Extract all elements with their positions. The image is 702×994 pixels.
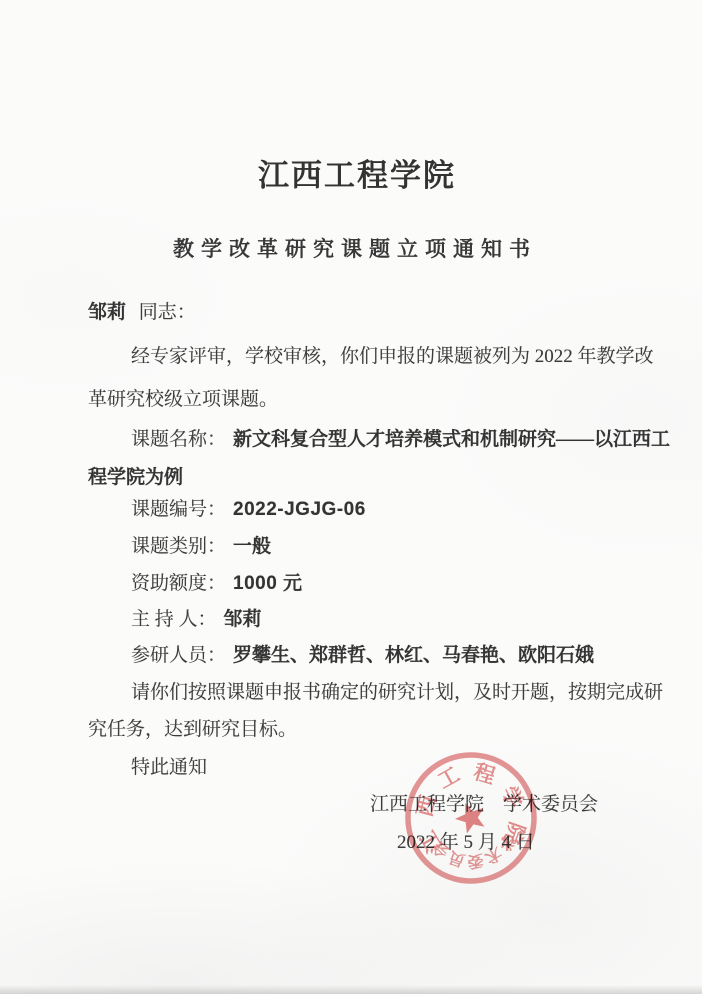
notice-subtitle: 教学改革研究课题立项通知书 [8, 233, 702, 263]
field-project-name-line-1: 课题名称：新文科复合型人才培养模式和机制研究——以江西工 [131, 428, 670, 451]
svg-text:西: 西 [412, 793, 441, 819]
recipient-name: 邹莉 [88, 302, 126, 323]
field-value-project-name-1: 新文科复合型人才培养模式和机制研究——以江西工 [233, 429, 670, 450]
scanned-notice-document: 江西工程学院 教学改革研究课题立项通知书 邹莉 同志： 经专家评审，学校审核，你… [0, 0, 702, 994]
field-value-project-number: 2022-JGJG-06 [233, 499, 366, 520]
field-leader-line: 主 持 人：邹莉 [131, 608, 262, 631]
field-members-line: 参研人员：罗攀生、郑群哲、林红、马春艳、欧阳石娥 [131, 644, 594, 667]
closing-line-2: 究任务，达到研究目标。 [88, 718, 297, 741]
field-value-project-category: 一般 [233, 536, 271, 557]
closing-notice: 特此通知 [131, 756, 207, 779]
closing-line-1: 请你们按照课题申报书确定的研究计划，及时开题，按期完成研 [131, 681, 663, 704]
field-project-category-line: 课题类别：一般 [131, 535, 271, 558]
field-label-project-category: 课题类别： [131, 536, 226, 557]
field-label-leader: 主 持 人： [131, 609, 217, 630]
field-value-members: 罗攀生、郑群哲、林红、马春艳、欧阳石娥 [233, 645, 594, 666]
salutation-line: 邹莉 同志： [88, 301, 196, 324]
field-value-funding: 1000 元 [233, 573, 303, 594]
field-value-project-name-2: 程学院为例 [88, 466, 183, 489]
salutation-suffix: 同志： [139, 302, 196, 323]
field-project-number-line: 课题编号：2022-JGJG-06 [131, 498, 366, 521]
intro-line-2: 革研究校级立项课题。 [88, 388, 278, 411]
svg-text:程: 程 [471, 759, 498, 788]
field-value-leader: 邹莉 [224, 609, 262, 630]
field-label-members: 参研人员： [131, 645, 226, 666]
svg-text:委: 委 [467, 851, 485, 872]
field-funding-line: 资助额度：1000 元 [131, 572, 303, 595]
university-title: 江西工程学院 [12, 150, 702, 195]
field-label-project-number: 课题编号： [131, 499, 226, 520]
intro-line-1: 经专家评审，学校审核，你们申报的课题被列为 2022 年教学改 [131, 345, 654, 368]
official-seal: 江西工程学院学术委员会 [384, 731, 558, 905]
field-label-funding: 资助额度： [131, 573, 226, 594]
field-label-project-name: 课题名称： [131, 429, 226, 450]
